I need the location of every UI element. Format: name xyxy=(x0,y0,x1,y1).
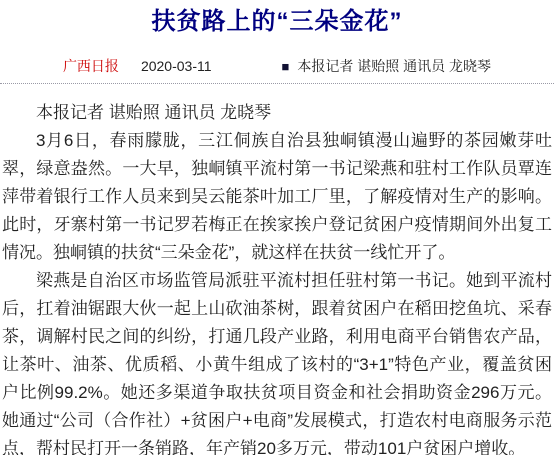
byline-group: ■ 本报记者 谌贻照 通讯员 龙晓琴 xyxy=(282,56,492,76)
article-page: 扶贫路上的“三朵金花” 广西日报 2020-03-11 ■ 本报记者 谌贻照 通… xyxy=(0,0,554,455)
paragraph: 梁燕是自治区市场监管局派驻平流村担任驻村第一书记。她到平流村后，扛着油锯跟大伙一… xyxy=(2,267,552,455)
meta-row: 广西日报 2020-03-11 ■ 本报记者 谌贻照 通讯员 龙晓琴 xyxy=(0,56,554,76)
byline-paragraph: 本报记者 谌贻照 通讯员 龙晓琴 xyxy=(2,99,552,127)
page-title: 扶贫路上的“三朵金花” xyxy=(0,7,554,37)
source-name: 广西日报 xyxy=(63,56,119,76)
byline: 本报记者 谌贻照 通讯员 龙晓琴 xyxy=(297,56,491,76)
dotted-divider xyxy=(0,83,554,84)
paragraph: 3月6日，春雨朦胧，三江侗族自治县独峒镇漫山遍野的茶园嫩芽吐翠，绿意盎然。一大早… xyxy=(2,127,552,267)
square-bullet-icon: ■ xyxy=(282,60,290,73)
publish-date: 2020-03-11 xyxy=(141,58,212,74)
article-body: 本报记者 谌贻照 通讯员 龙晓琴 3月6日，春雨朦胧，三江侗族自治县独峒镇漫山遍… xyxy=(0,99,554,455)
